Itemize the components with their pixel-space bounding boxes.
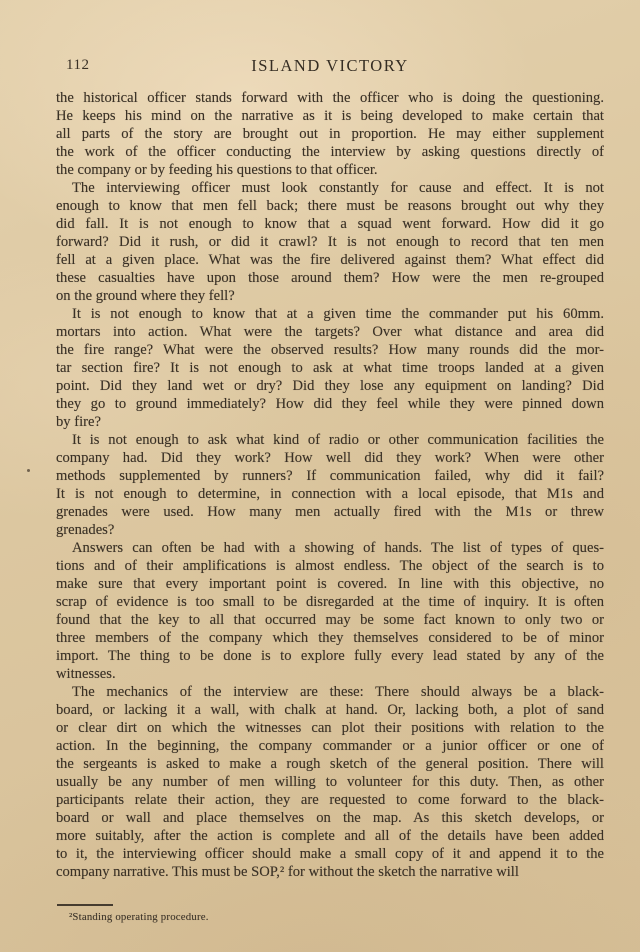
- text-line: witnesses.: [56, 665, 604, 683]
- text-line: company narrative. This must be SOP,² fo…: [56, 863, 604, 881]
- text-line: board, or lacking it a wall, with chalk …: [56, 701, 604, 719]
- text-line: grenades?: [56, 521, 604, 539]
- text-line: He keeps his mind on the narrative as it…: [56, 107, 604, 125]
- text-line: board or wall and place themselves on th…: [56, 809, 604, 827]
- text-line: make sure that every important point is …: [56, 575, 604, 593]
- text-line: import. The thing to be done is to explo…: [56, 647, 604, 665]
- text-line: participants relate their action, they a…: [56, 791, 604, 809]
- text-line: company had. Did they work? How well did…: [56, 449, 604, 467]
- text-line: The mechanics of the interview are these…: [56, 683, 604, 701]
- text-line: It is not enough to determine, in connec…: [56, 485, 604, 503]
- text-line: The interviewing officer must look const…: [56, 179, 604, 197]
- text-line: point. Did they land wet or dry? Did the…: [56, 377, 604, 395]
- text-line: or clear dirt on which the witnesses can…: [56, 719, 604, 737]
- text-line: the fire range? What were the observed r…: [56, 341, 604, 359]
- text-line: forward? Did it rush, or did it crawl? I…: [56, 233, 604, 251]
- text-line: tions and of their amplifications is alm…: [56, 557, 604, 575]
- footnote: ²Standing operating procedure.: [57, 911, 617, 923]
- text-line: the sergeants is asked to make a rough s…: [56, 755, 604, 773]
- text-line: usually be any number of men willing to …: [56, 773, 604, 791]
- text-line: It is not enough to know that at a given…: [56, 305, 604, 323]
- text-line: the historical officer stands forward wi…: [56, 89, 604, 107]
- text-line: all parts of the story are brought out i…: [56, 125, 604, 143]
- text-line: tar section fire? It is not enough to as…: [56, 359, 604, 377]
- text-line: these casualties have upon those around …: [56, 269, 604, 287]
- ink-speck: [27, 469, 30, 472]
- text-line: enough to know that men fell back; there…: [56, 197, 604, 215]
- text-line: methods supplemented by runners? If comm…: [56, 467, 604, 485]
- text-line: found that the key to all that occurred …: [56, 611, 604, 629]
- text-line: they go to ground immediately? How did t…: [56, 395, 604, 413]
- text-line: more suitably, after the action is compl…: [56, 827, 604, 845]
- page-title: ISLAND VICTORY: [56, 56, 604, 76]
- text-line: scrap of evidence is too small to be dis…: [56, 593, 604, 611]
- text-line: It is not enough to ask what kind of rad…: [56, 431, 604, 449]
- text-line: on the ground where they fell?: [56, 287, 604, 305]
- text-line: the work of the officer conducting the i…: [56, 143, 604, 161]
- text-line: action. In the beginning, the company co…: [56, 737, 604, 755]
- text-line: three members of the company which they …: [56, 629, 604, 647]
- text-line: mortars into action. What were the targe…: [56, 323, 604, 341]
- text-line: the company or by feeding his questions …: [56, 161, 604, 179]
- scanned-book-page: 112 ISLAND VICTORY the historical office…: [0, 0, 640, 952]
- body-text: the historical officer stands forward wi…: [56, 89, 604, 881]
- footnote-divider: [57, 904, 113, 906]
- text-line: fell at a given place. What was the fire…: [56, 251, 604, 269]
- text-line: did fall. It is not enough to know that …: [56, 215, 604, 233]
- text-line: to it, the interviewing officer should m…: [56, 845, 604, 863]
- text-line: grenades were used. How many men actuall…: [56, 503, 604, 521]
- text-line: by fire?: [56, 413, 604, 431]
- text-line: Answers can often be had with a showing …: [56, 539, 604, 557]
